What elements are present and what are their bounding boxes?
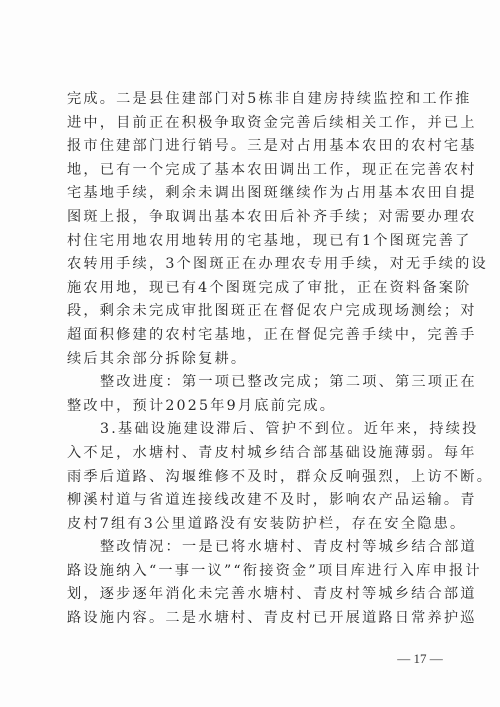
page-number: — 17 — [380,651,460,667]
document-page: 完成。二是县住建部门对5栋非自建房持续监控和工作推 进中，目前正在积极争取资金完… [0,0,500,707]
text-line: 段，剩余未完成审批图斑正在督促农户完成现场测绘；对 [67,300,433,324]
text-line: 宅基地手续，剩余未调出图斑继续作为占用基本农田自提 [67,182,433,206]
text-line: 雨季后道路、沟堰维修不及时，群众反响强烈，上访不断。 [67,466,433,490]
paragraph-progress: 整改进度：第一项已整改完成；第二项、第三项正在 [67,371,433,395]
text-line: 划，逐步逐年消化未完善水塘村、青皮村等城乡结合部道 [67,583,433,607]
text-line: 柳溪村道与省道连接线改建不及时，影响农产品运输。青 [67,489,433,513]
text-line: 村住宅用地农用地转用的宅基地，现已有1个图斑完善了 [67,230,433,254]
text-line: 地，已有一个完成了基本农田调出工作，现正在完善农村 [67,159,433,183]
text-line: 续后其余部分拆除复耕。 [67,348,433,372]
text-line: 整改中，预计2025年9月底前完成。 [67,395,433,419]
text-line: 完成。二是县住建部门对5栋非自建房持续监控和工作推 [67,88,433,112]
text-line: 超面积修建的农村宅基地，正在督促完善手续中，完善手 [67,324,433,348]
text-line: 路设施内容。二是水塘村、青皮村已开展道路日常养护巡 [67,607,433,631]
text-line: 皮村7组有3公里道路没有安装防护栏，存在安全隐患。 [67,513,433,537]
text-line: 农转用手续，3个图斑正在办理农专用手续，对无手续的设 [67,253,433,277]
text-line: 报市住建部门进行销号。三是对占用基本农田的农村宅基 [67,135,433,159]
text-line: 施农用地，现已有4个图斑完成了审批，正在资料备案阶 [67,277,433,301]
text-line: 图斑上报，争取调出基本农田后补齐手续；对需要办理农 [67,206,433,230]
body-text: 完成。二是县住建部门对5栋非自建房持续监控和工作推 进中，目前正在积极争取资金完… [67,88,433,631]
text-line: 路设施纳入“一事一议”“衔接资金”项目库进行入库申报计 [67,560,433,584]
paragraph-rectification: 整改情况：一是已将水塘村、青皮村等城乡结合部道 [67,536,433,560]
text-line: 进中，目前正在积极争取资金完善后续相关工作，并已上 [67,112,433,136]
section-heading-3: 3.基础设施建设滞后、管护不到位。近年来，持续投 [67,418,433,442]
text-line: 入不足，水塘村、青皮村城乡结合部基础设施薄弱。每年 [67,442,433,466]
